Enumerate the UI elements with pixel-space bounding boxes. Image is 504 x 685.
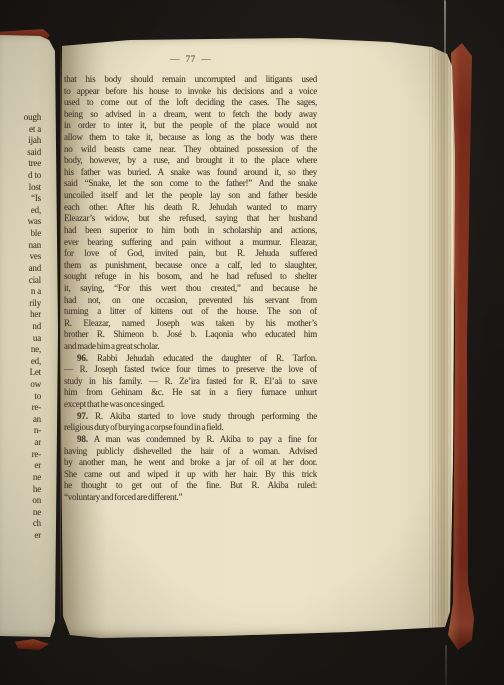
text-line: each other. After his death R. Jehudah w… — [64, 202, 317, 214]
facing-page-line-fragment: on — [0, 495, 41, 507]
facing-page-line-fragment: cial — [0, 275, 41, 287]
text-line: no wild beasts came near. They obtained … — [64, 144, 317, 156]
open-book-photo: oughet aijahsaidtreed tolost“Ised,wasble… — [0, 0, 504, 685]
facing-page-line-fragment: nd — [0, 321, 41, 333]
hanging-string-top — [444, 0, 446, 55]
text-line: body, however, by a ruse, and brought it… — [64, 155, 317, 167]
text-line: said “Snake, let the son come to the fat… — [64, 178, 317, 190]
facing-page-line-fragment: Let — [0, 367, 41, 379]
page-number: — 77 — — [64, 55, 317, 65]
facing-page-line-fragment: to — [0, 391, 41, 403]
hanging-string-bottom — [445, 645, 447, 685]
facing-page-line-fragment: said — [0, 147, 41, 159]
facing-page-line-fragment: ble — [0, 228, 41, 240]
text-line: religious duty of burying a corpse found… — [64, 422, 317, 434]
facing-page-line-fragment: ough — [0, 112, 41, 124]
text-line: R. Eleazar, named Joseph was taken by hi… — [64, 318, 317, 330]
text-line: him from Gehinam &c. He sat in a fiery f… — [64, 387, 317, 399]
text-line: to appear before his house to invoke his… — [64, 86, 317, 98]
text-line: used to come out of the loft deciding th… — [64, 97, 317, 109]
facing-page-line-fragment: ne, — [0, 344, 41, 356]
facing-page-line-fragment: ne — [0, 472, 41, 484]
facing-page-line-fragment: ne — [0, 507, 41, 519]
facing-page-line-fragment: “Is — [0, 193, 41, 205]
facing-page-line-fragment: ch — [0, 518, 41, 530]
text-line: his father was buried. A snake was found… — [64, 167, 317, 179]
text-line: allow them to take it, because as long a… — [64, 132, 317, 144]
text-line: having publicly dishevelled the hair of … — [64, 446, 317, 458]
text-line: study in his family. — R. Ze’ira fasted … — [64, 376, 317, 388]
page-text-block: that his body should remain uncorrupted … — [64, 74, 317, 504]
text-line: uncoiled itself and let the people lay s… — [64, 190, 317, 202]
book-cover-edge-bottom-left — [15, 639, 49, 650]
facing-page-line-fragment: ijah — [0, 135, 41, 147]
text-line: had not, on one occasion, prevented his … — [64, 295, 317, 307]
facing-page-line-fragment: rily — [0, 298, 41, 310]
facing-page-line-fragment: ed, — [0, 205, 41, 217]
text-line: ever bearing suffering and pain without … — [64, 237, 317, 249]
text-line: by another man, he went and broke a jar … — [64, 457, 317, 469]
facing-page-line-fragment: er — [0, 530, 41, 542]
facing-page-line-fragment: was — [0, 216, 41, 228]
text-line: Eleazar’s widow, but she refused, saying… — [64, 213, 317, 225]
text-line: turning a litter of kittens out of the h… — [64, 306, 317, 318]
facing-page-line-fragment: tree — [0, 158, 41, 170]
text-line: sought refuge in his bosom, and he had r… — [64, 271, 317, 283]
facing-page-line-fragment: ow — [0, 379, 41, 391]
facing-page-line-fragment: ar — [0, 437, 41, 449]
text-line: in order to inter it, but the people of … — [64, 120, 317, 132]
facing-page-line-fragment: re- — [0, 449, 41, 461]
facing-page-line-fragment: re- — [0, 402, 41, 414]
text-line: “voluntary and forced are different.” — [64, 492, 317, 504]
text-line: except that he was once singed. — [64, 399, 317, 411]
text-line: 96. Rabbi Jehudah educated the daughter … — [64, 353, 317, 365]
facing-page-line-fragment: ves — [0, 251, 41, 263]
facing-page-line-fragment: nan — [0, 240, 41, 252]
gutter-crease — [60, 38, 61, 636]
facing-page-line-fragment: er — [0, 460, 41, 472]
facing-page-line-fragment: d to — [0, 170, 41, 182]
facing-page-line-fragment: her — [0, 309, 41, 321]
text-line: 98. A man was condemned by R. Akiba to p… — [64, 434, 317, 446]
facing-page-line-fragment: and — [0, 263, 41, 275]
facing-page-line-fragment: lost — [0, 182, 41, 194]
text-line: for love of God, invited pain, but R. Je… — [64, 248, 317, 260]
facing-page-line-fragment: an — [0, 414, 41, 426]
text-line: She came out and wiped it up with her ha… — [64, 469, 317, 481]
text-line: had been superior to him both in scholar… — [64, 225, 317, 237]
facing-page-line-fragment: ed, — [0, 356, 41, 368]
text-line: he thought to get out of the fine. But R… — [64, 480, 317, 492]
text-line: 97. R. Akiba started to love study throu… — [64, 411, 317, 423]
facing-page-edge: oughet aijahsaidtreed tolost“Ised,wasble… — [0, 31, 64, 639]
facing-page-line-fragment: n a — [0, 286, 41, 298]
text-line: brother R. Shimeon b. José b. Laqonia wh… — [64, 329, 317, 341]
facing-page-line-fragment: ua — [0, 333, 41, 345]
facing-page-line-fragment: et a — [0, 124, 41, 136]
text-line: it, saying, “For this wert thou created,… — [64, 283, 317, 295]
facing-page-text-fragments: oughet aijahsaidtreed tolost“Ised,wasble… — [0, 112, 41, 542]
facing-page-line-fragment: he — [0, 484, 41, 496]
text-line: that his body should remain uncorrupted … — [64, 74, 317, 86]
text-line: them as punishment, because once a calf,… — [64, 260, 317, 272]
text-line: — R. Joseph fasted twice four times to p… — [64, 364, 317, 376]
facing-page-line-fragment: n- — [0, 425, 41, 437]
text-line: and made him a great scholar. — [64, 341, 317, 353]
text-line: being so advised in a dream, went to fet… — [64, 109, 317, 121]
